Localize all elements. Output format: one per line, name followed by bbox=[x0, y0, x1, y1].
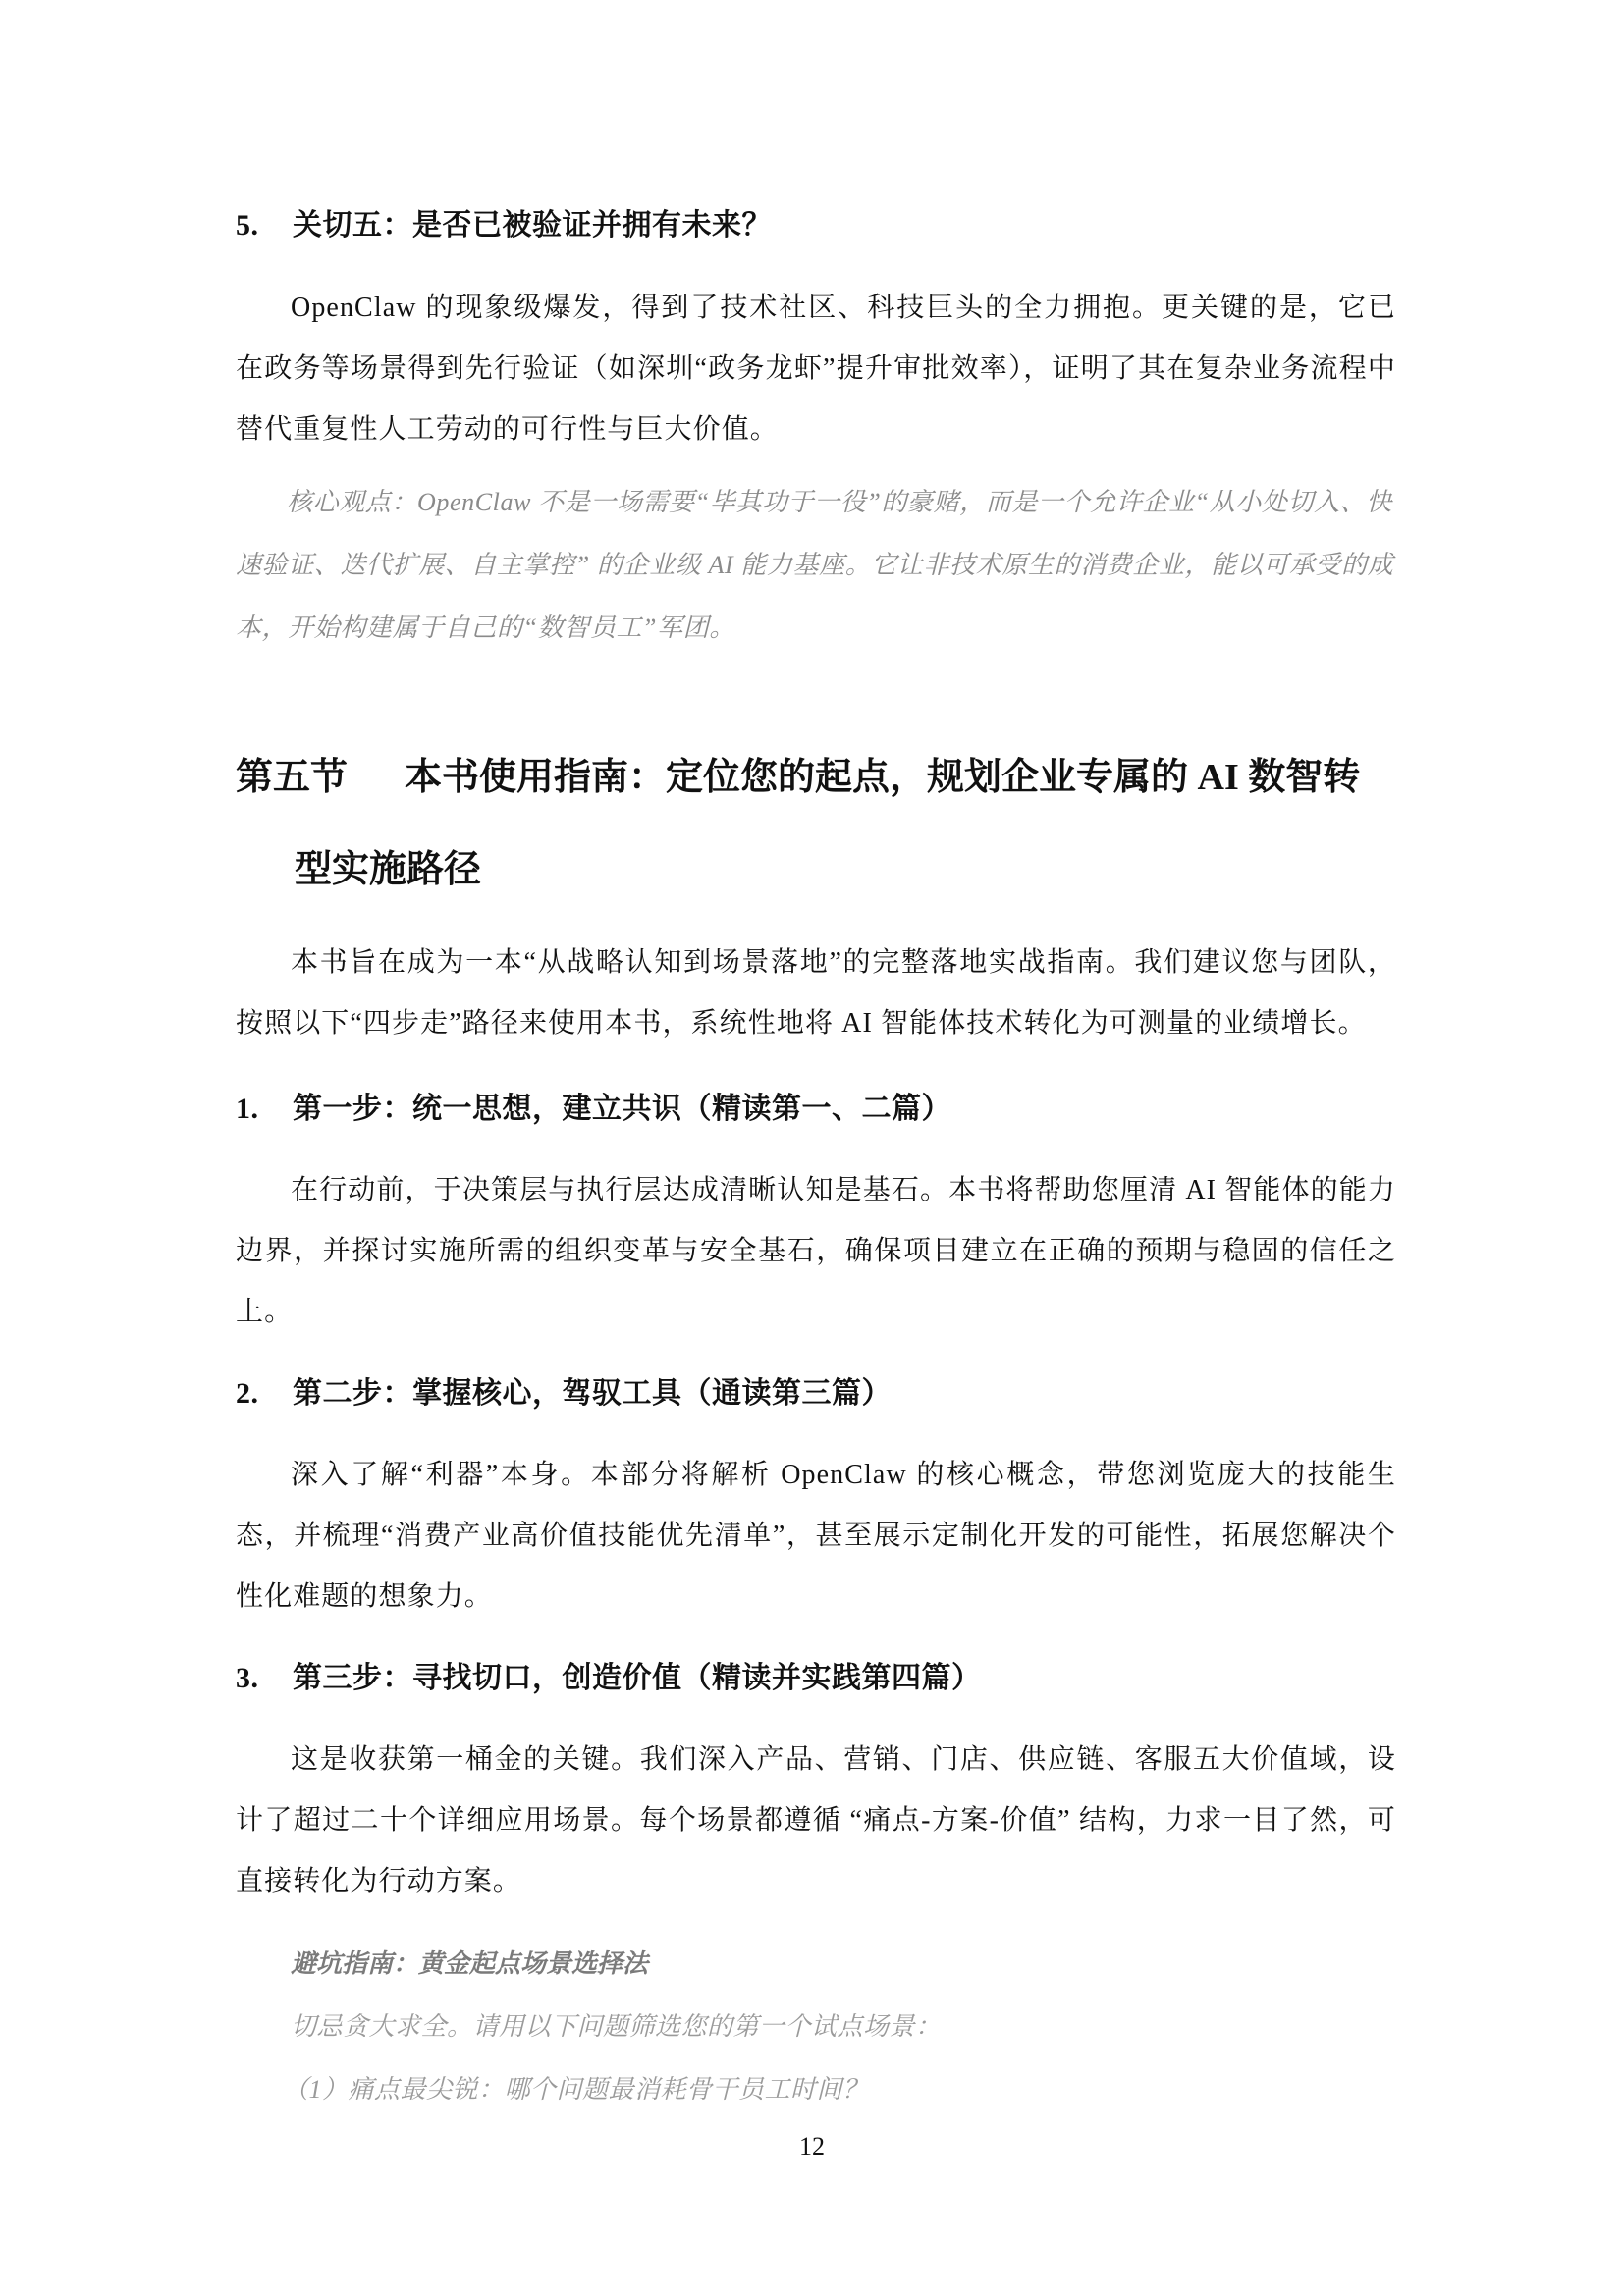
step-2-paragraph: 深入了解“利器”本身。本部分将解析 OpenClaw 的核心概念，带您浏览庞大的… bbox=[236, 1445, 1396, 1628]
step-1-heading: 1.第一步：统一思想，建立共识（精读第一、二篇） bbox=[236, 1090, 951, 1129]
step-1-paragraph: 在行动前，于决策层与执行层达成清晰认知是基石。本书将帮助您厘清 AI 智能体的能… bbox=[236, 1160, 1396, 1343]
step-3-heading: 3.第三步：寻找切口，创造价值（精读并实践第四篇） bbox=[236, 1659, 982, 1698]
intro-paragraph: 本书旨在成为一本“从战略认知到场景落地”的完整落地实战指南。我们建议您与团队，按… bbox=[236, 933, 1396, 1054]
heading-title: 关切五：是否已被验证并拥有未来？ bbox=[293, 209, 772, 241]
tip-line-2: （1）痛点最尖锐：哪个问题最消耗骨干员工时间？ bbox=[283, 2069, 869, 2106]
heading-number: 2. bbox=[236, 1374, 293, 1414]
core-view-note: 核心观点：OpenClaw 不是一场需要“毕其功于一役”的豪赌，而是一个允许企业… bbox=[236, 471, 1396, 660]
section-title-line2: 型实施路径 bbox=[295, 846, 481, 893]
step-3-paragraph: 这是收获第一桶金的关键。我们深入产品、营销、门店、供应链、客服五大价值域，设计了… bbox=[236, 1730, 1396, 1912]
step-2-heading: 2.第二步：掌握核心，驾驭工具（通读第三篇） bbox=[236, 1374, 892, 1414]
concern-5-heading: 5.关切五：是否已被验证并拥有未来？ bbox=[236, 206, 772, 245]
concern-5-paragraph: OpenClaw 的现象级爆发，得到了技术社区、科技巨头的全力拥抱。更关键的是，… bbox=[236, 278, 1396, 460]
heading-number: 3. bbox=[236, 1659, 293, 1698]
heading-number: 5. bbox=[236, 206, 293, 245]
tip-line-1: 切忌贪大求全。请用以下问题筛选您的第一个试点场景： bbox=[291, 2006, 942, 2043]
section-heading: 第五节本书使用指南：定位您的起点，规划企业专属的 AI 数智转 bbox=[236, 754, 1360, 801]
heading-title: 第二步：掌握核心，驾驭工具（通读第三篇） bbox=[293, 1377, 892, 1410]
section-label: 第五节 bbox=[236, 754, 405, 801]
heading-title: 第一步：统一思想，建立共识（精读第一、二篇） bbox=[293, 1093, 951, 1125]
heading-title: 第三步：寻找切口，创造价值（精读并实践第四篇） bbox=[293, 1662, 982, 1694]
tip-title: 避坑指南：黄金起点场景选择法 bbox=[291, 1944, 648, 1980]
section-title-line1: 本书使用指南：定位您的起点，规划企业专属的 AI 数智转 bbox=[405, 757, 1360, 798]
page-number: 12 bbox=[0, 2132, 1624, 2162]
heading-number: 1. bbox=[236, 1090, 293, 1129]
